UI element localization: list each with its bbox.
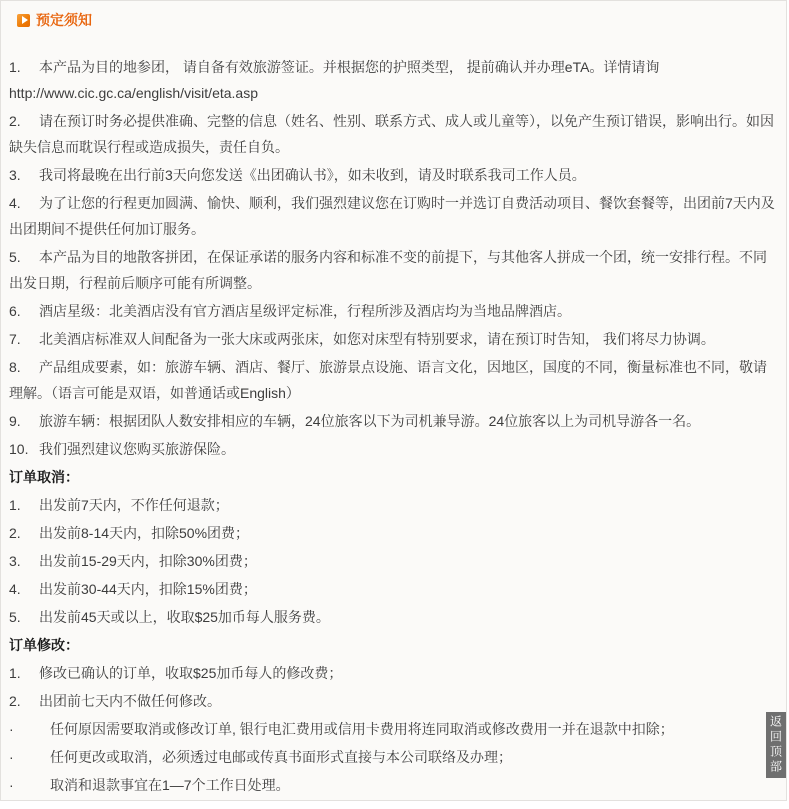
item-text: 我司将最晚在出行前3天向您发送《出团确认书》，如未收到，请及时联系我司工作人员。 (39, 167, 586, 183)
item-marker: · (9, 772, 50, 798)
modify-item: ·任何原因需要取消或修改订单, 银行电汇费用或信用卡费用将连同取消或修改费用一并… (9, 716, 778, 742)
notice-item: 9.旅游车辆：根据团队人数安排相应的车辆，24位旅客以下为司机兼导游。24位旅客… (9, 408, 778, 434)
notice-item: 3.我司将最晚在出行前3天向您发送《出团确认书》，如未收到，请及时联系我司工作人… (9, 162, 778, 188)
item-text: 出发前8-14天内，扣除50%团费； (39, 525, 249, 541)
item-marker: 1. (9, 660, 39, 686)
item-marker: 2. (9, 520, 39, 546)
item-marker: 9. (9, 408, 39, 434)
modify-item: 1.修改已确认的订单，收取$25加币每人的修改费； (9, 660, 778, 686)
item-text: 请在预订时务必提供准确、完整的信息（姓名、性别、联系方式、成人或儿童等），以免产… (9, 113, 774, 155)
notice-item: 7.北美酒店标准双人间配备为一张大床或两张床，如您对床型有特别要求，请在预订时告… (9, 326, 778, 352)
notice-item: 5.本产品为目的地散客拼团，在保证承诺的服务内容和标准不变的前提下，与其他客人拼… (9, 244, 778, 296)
item-text: 出团前七天内不做任何修改。 (39, 693, 221, 709)
item-marker: 4. (9, 190, 39, 216)
item-marker: 1. (9, 492, 39, 518)
item-marker: 5. (9, 244, 39, 270)
item-text: 出发前45天或以上，收取$25加币每人服务费。 (39, 609, 330, 625)
cancel-heading: 订单取消： (9, 464, 778, 490)
item-text: 任何原因需要取消或修改订单, 银行电汇费用或信用卡费用将连同取消或修改费用一并在… (50, 721, 674, 737)
item-marker: 1. (9, 54, 39, 80)
booking-notice-panel: 预定须知 1.本产品为目的地参团， 请自备有效旅游签证。并根据您的护照类型， 提… (0, 0, 787, 801)
notice-list: 1.本产品为目的地参团， 请自备有效旅游签证。并根据您的护照类型， 提前确认并办… (9, 54, 778, 462)
notice-item: 6.酒店星级：北美酒店没有官方酒店星级评定标准，行程所涉及酒店均为当地品牌酒店。 (9, 298, 778, 324)
section-header: 预定须知 (17, 11, 786, 29)
notice-item: 4.为了让您的行程更加圆满、愉快、顺利，我们强烈建议您在订购时一并选订自费活动项… (9, 190, 778, 242)
item-marker: 7. (9, 326, 39, 352)
cancel-item: 1.出发前7天内，不作任何退款； (9, 492, 778, 518)
notice-item: 1.本产品为目的地参团， 请自备有效旅游签证。并根据您的护照类型， 提前确认并办… (9, 54, 778, 106)
item-marker: 4. (9, 576, 39, 602)
notice-content: 1.本产品为目的地参团， 请自备有效旅游签证。并根据您的护照类型， 提前确认并办… (1, 29, 786, 798)
item-text: 任何更改或取消，必须透过电邮或传真书面形式直接与本公司联络及办理； (50, 749, 512, 765)
item-marker: 2. (9, 688, 39, 714)
item-text: 产品组成要素，如：旅游车辆、酒店、餐厅、旅游景点设施、语言文化，因地区，国度的不… (9, 359, 767, 401)
item-marker: 2. (9, 108, 39, 134)
arrow-right-icon-glyph (22, 16, 28, 24)
item-text: 修改已确认的订单，收取$25加币每人的修改费； (39, 665, 342, 681)
arrow-right-icon (17, 14, 30, 27)
modify-list: 1.修改已确认的订单，收取$25加币每人的修改费； 2.出团前七天内不做任何修改… (9, 660, 778, 798)
item-text: 出发前30-44天内，扣除15%团费； (39, 581, 257, 597)
cancel-item: 4.出发前30-44天内，扣除15%团费； (9, 576, 778, 602)
modify-heading: 订单修改： (9, 632, 778, 658)
item-text: 出发前7天内，不作任何退款； (39, 497, 229, 513)
item-marker: 3. (9, 162, 39, 188)
item-text: 酒店星级：北美酒店没有官方酒店星级评定标准，行程所涉及酒店均为当地品牌酒店。 (39, 303, 571, 319)
item-text: 为了让您的行程更加圆满、愉快、顺利，我们强烈建议您在订购时一并选订自费活动项目、… (9, 195, 775, 237)
item-marker: · (9, 716, 50, 742)
item-marker: 3. (9, 548, 39, 574)
item-text: 北美酒店标准双人间配备为一张大床或两张床，如您对床型有特别要求，请在预订时告知，… (39, 331, 715, 347)
item-text: 我们强烈建议您购买旅游保险。 (39, 441, 235, 457)
modify-item: 2.出团前七天内不做任何修改。 (9, 688, 778, 714)
notice-item: 10.我们强烈建议您购买旅游保险。 (9, 436, 778, 462)
item-text: 出发前15-29天内，扣除30%团费； (39, 553, 257, 569)
cancel-item: 3.出发前15-29天内，扣除30%团费； (9, 548, 778, 574)
section-title: 预定须知 (36, 12, 92, 28)
item-marker: 8. (9, 354, 39, 380)
item-marker: · (9, 744, 50, 770)
cancel-list: 1.出发前7天内，不作任何退款； 2.出发前8-14天内，扣除50%团费； 3.… (9, 492, 778, 630)
item-text: 本产品为目的地参团， 请自备有效旅游签证。并根据您的护照类型， 提前确认并办理e… (9, 59, 659, 101)
item-marker: 5. (9, 604, 39, 630)
item-text: 取消和退款事宜在1—7个工作日处理。 (50, 777, 290, 793)
modify-item: ·任何更改或取消，必须透过电邮或传真书面形式直接与本公司联络及办理； (9, 744, 778, 770)
cancel-item: 5.出发前45天或以上，收取$25加币每人服务费。 (9, 604, 778, 630)
cancel-item: 2.出发前8-14天内，扣除50%团费； (9, 520, 778, 546)
notice-item: 2.请在预订时务必提供准确、完整的信息（姓名、性别、联系方式、成人或儿童等），以… (9, 108, 778, 160)
item-marker: 6. (9, 298, 39, 324)
back-to-top-button[interactable]: 返回顶部 (766, 712, 786, 778)
item-text: 本产品为目的地散客拼团，在保证承诺的服务内容和标准不变的前提下，与其他客人拼成一… (9, 249, 767, 291)
notice-item: 8.产品组成要素，如：旅游车辆、酒店、餐厅、旅游景点设施、语言文化，因地区，国度… (9, 354, 778, 406)
modify-item: ·取消和退款事宜在1—7个工作日处理。 (9, 772, 778, 798)
item-marker: 10. (9, 436, 39, 462)
item-text: 旅游车辆：根据团队人数安排相应的车辆，24位旅客以下为司机兼导游。24位旅客以上… (39, 413, 700, 429)
